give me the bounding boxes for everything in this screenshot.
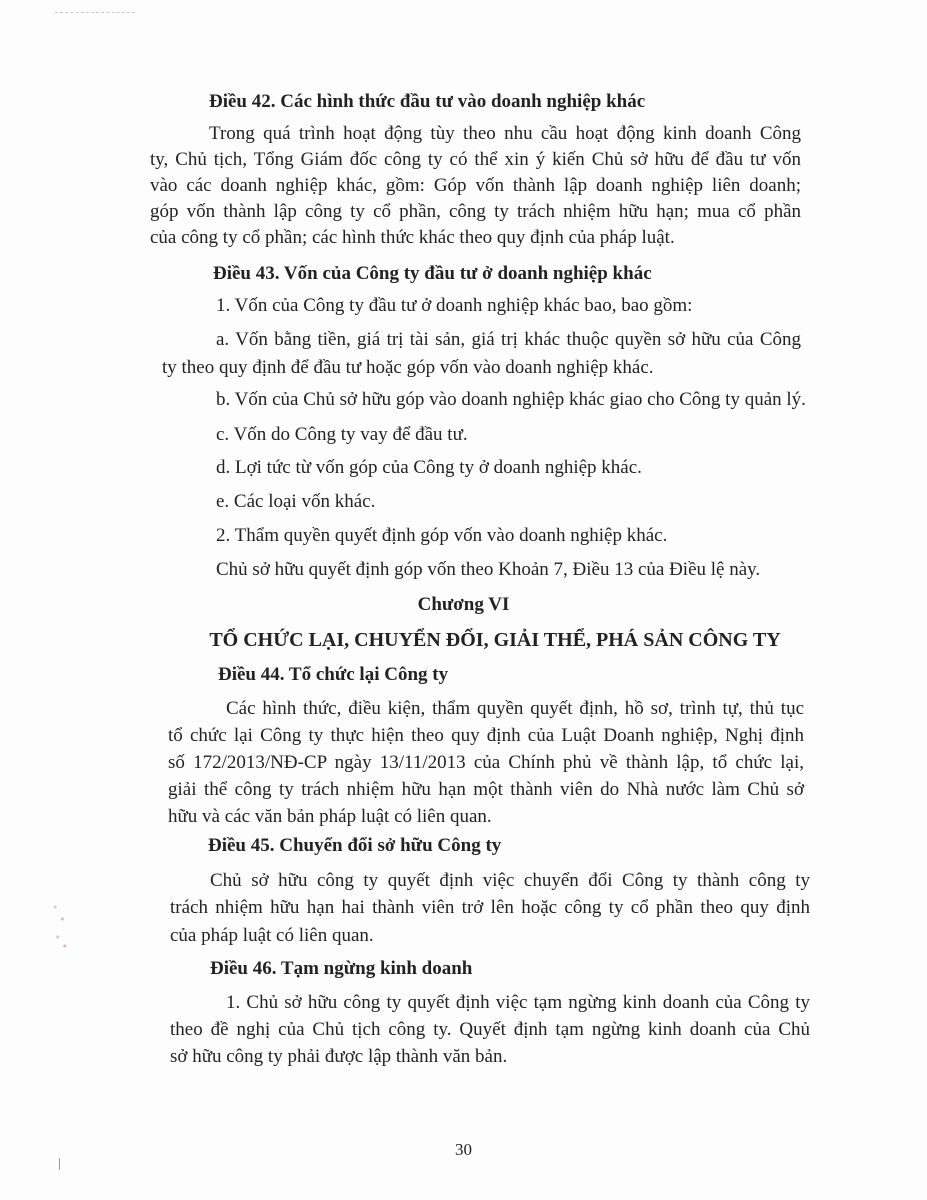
scan-artifact bbox=[55, 12, 135, 14]
article-43-item: ty theo quy định để đầu tư hoặc góp vốn … bbox=[162, 356, 654, 380]
article-44-line: Các hình thức, điều kiện, thẩm quyền quy… bbox=[226, 697, 804, 721]
article-44-line: giải thể công ty trách nhiệm hữu hạn một… bbox=[168, 778, 804, 802]
document-page: Điều 42. Các hình thức đầu tư vào doanh … bbox=[0, 0, 927, 1200]
article-46-heading: Điều 46. Tạm ngừng kinh doanh bbox=[210, 957, 472, 981]
article-42-line: của công ty cổ phần; các hình thức khác … bbox=[150, 226, 675, 250]
article-43-item: a. Vốn bằng tiền, giá trị tài sản, giá t… bbox=[216, 328, 801, 352]
article-43-item: e. Các loại vốn khác. bbox=[216, 490, 375, 514]
article-45-line: của pháp luật có liên quan. bbox=[170, 924, 374, 948]
article-45-line: Chủ sở hữu công ty quyết định việc chuyể… bbox=[210, 869, 810, 893]
article-46-line: 1. Chủ sở hữu công ty quyết định việc tạ… bbox=[226, 991, 810, 1015]
article-44-line: tổ chức lại Công ty thực hiện theo quy đ… bbox=[168, 724, 804, 748]
article-42-heading: Điều 42. Các hình thức đầu tư vào doanh … bbox=[209, 90, 645, 114]
article-43-item: Chủ sở hữu quyết định góp vốn theo Khoản… bbox=[216, 558, 760, 582]
margin-stamp-marks bbox=[48, 895, 72, 955]
chapter-number: Chương VI bbox=[0, 593, 927, 617]
article-46-line: theo đề nghị của Chủ tịch công ty. Quyết… bbox=[170, 1018, 810, 1042]
article-43-item: c. Vốn do Công ty vay để đầu tư. bbox=[216, 423, 468, 447]
article-42-line: vào các doanh nghiệp khác, gồm: Góp vốn … bbox=[150, 174, 801, 198]
article-42-line: góp vốn thành lập công ty cổ phần, công … bbox=[150, 200, 801, 224]
chapter-title: TỔ CHỨC LẠI, CHUYỂN ĐỔI, GIẢI THỂ, PHÁ S… bbox=[195, 628, 795, 652]
article-45-line: trách nhiệm hữu hạn hai thành viên trở l… bbox=[170, 896, 810, 920]
article-43-item: 1. Vốn của Công ty đầu tư ở doanh nghiệp… bbox=[216, 294, 692, 318]
article-44-line: số 172/2013/NĐ-CP ngày 13/11/2013 của Ch… bbox=[168, 751, 804, 775]
article-45-heading: Điều 45. Chuyển đổi sở hữu Công ty bbox=[208, 834, 501, 858]
page-number: 30 bbox=[0, 1140, 927, 1160]
article-43-heading: Điều 43. Vốn của Công ty đầu tư ở doanh … bbox=[213, 262, 652, 286]
article-44-heading: Điều 44. Tổ chức lại Công ty bbox=[218, 663, 448, 687]
article-42-line: ty, Chủ tịch, Tổng Giám đốc công ty có t… bbox=[150, 148, 801, 172]
article-43-item: b. Vốn của Chủ sở hữu góp vào doanh nghi… bbox=[216, 388, 806, 412]
article-46-line: sở hữu công ty phải được lập thành văn b… bbox=[170, 1045, 507, 1069]
article-44-line: hữu và các văn bản pháp luật có liên qua… bbox=[168, 805, 492, 829]
article-42-line: Trong quá trình hoạt động tùy theo nhu c… bbox=[209, 122, 801, 146]
article-43-item: d. Lợi tức từ vốn góp của Công ty ở doan… bbox=[216, 456, 642, 480]
article-43-item: 2. Thẩm quyền quyết định góp vốn vào doa… bbox=[216, 524, 667, 548]
